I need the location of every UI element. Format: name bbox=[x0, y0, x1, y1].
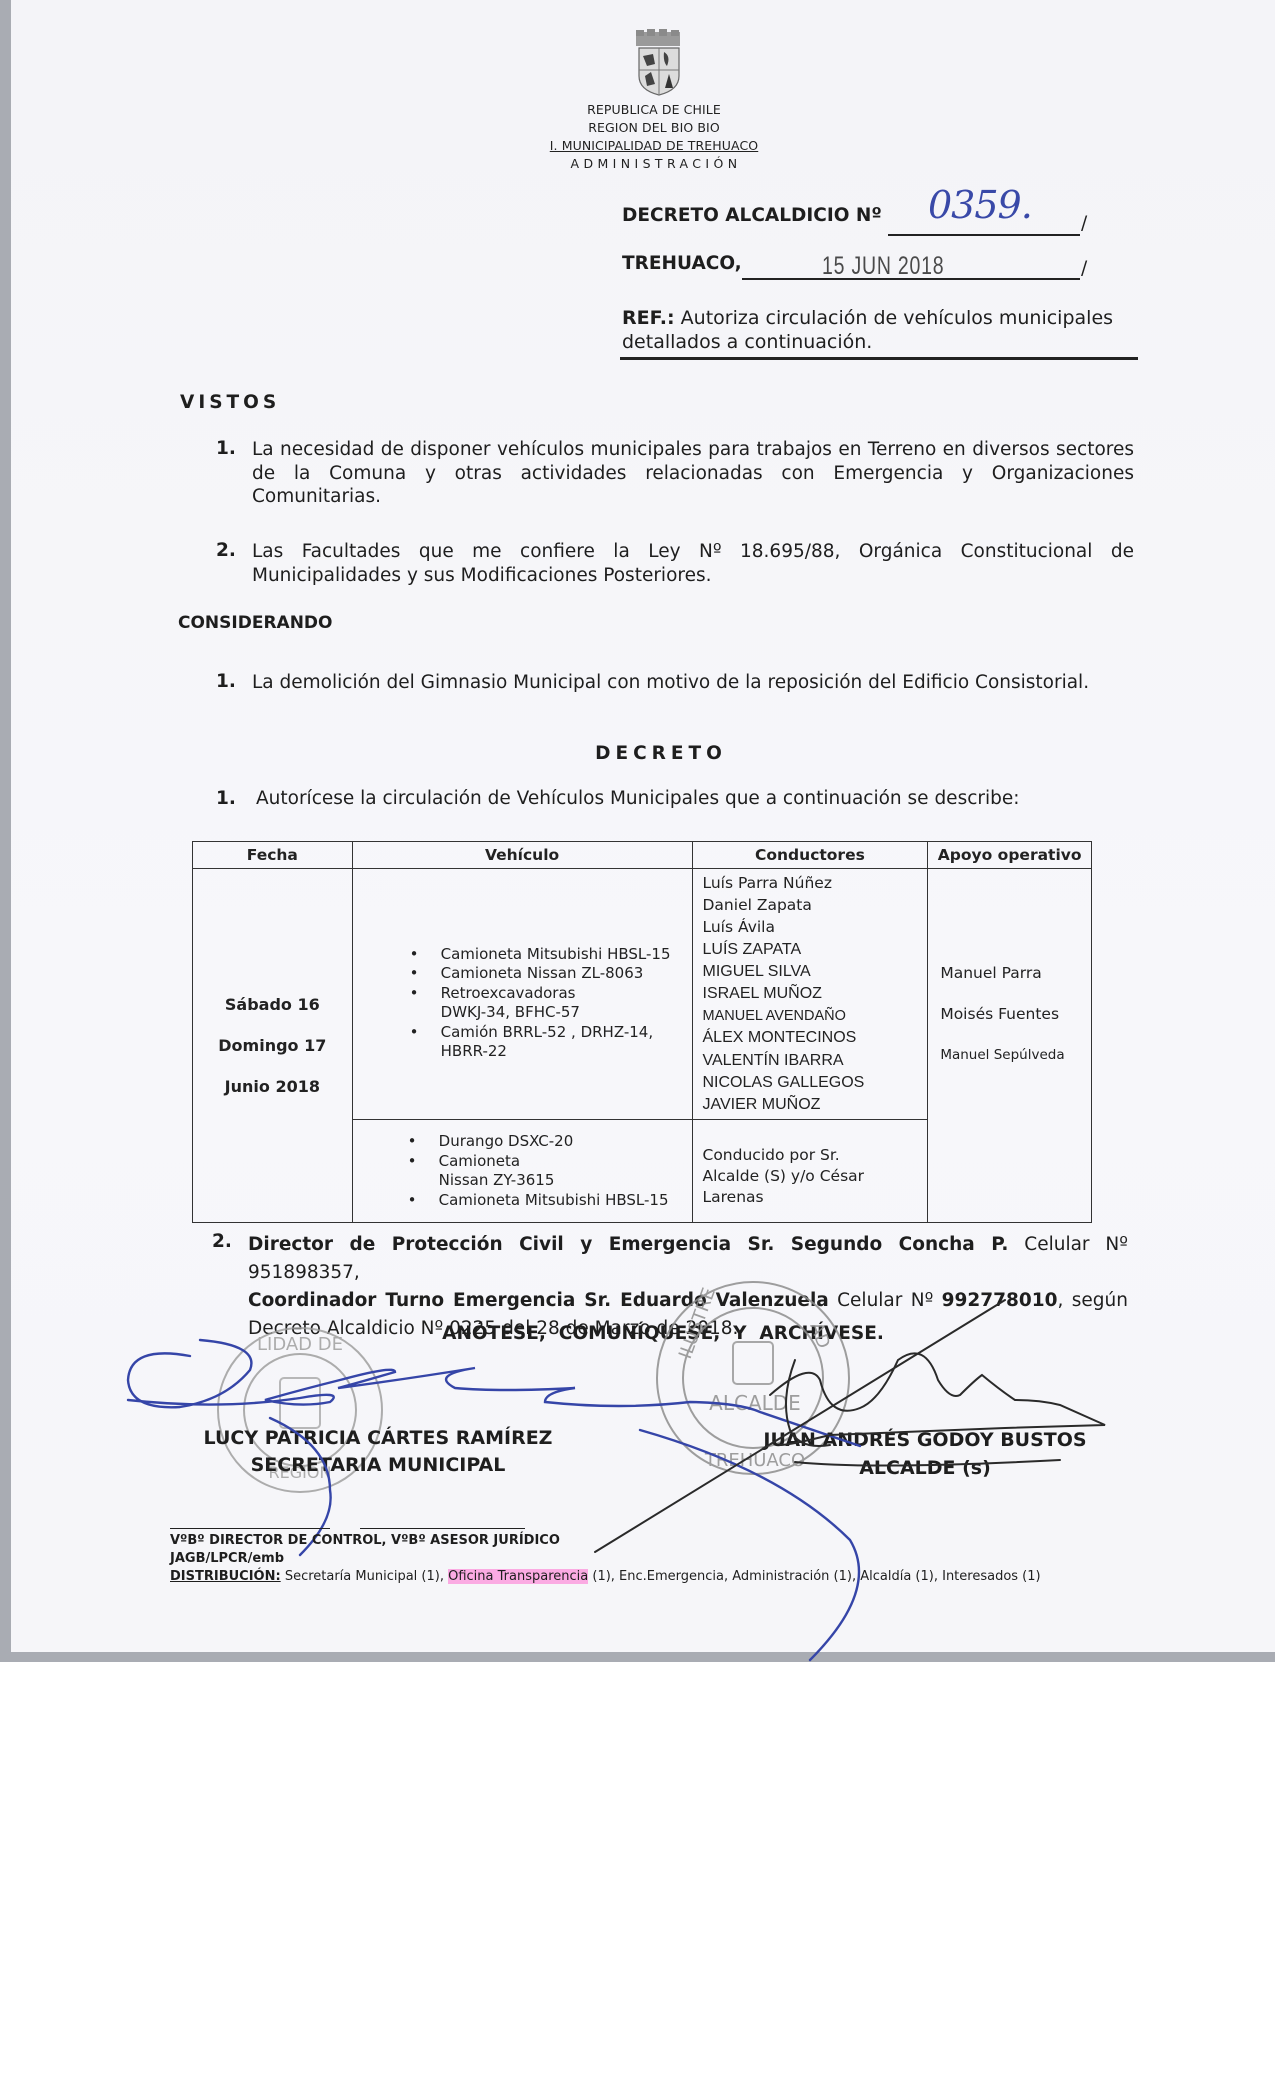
vehicle-list-2: Durango DSXC-20 Camioneta Nissan ZY-3615… bbox=[353, 1132, 692, 1210]
list-item: Camioneta Mitsubishi HBSL-15 bbox=[408, 1191, 692, 1211]
distribution-part-2: (1), Enc.Emergencia, Administración (1),… bbox=[588, 1569, 1040, 1584]
driver-name: JAVIER MUÑOZ bbox=[703, 1094, 928, 1116]
driver-name: MIGUEL SILVA bbox=[703, 961, 928, 983]
decreto-item-2-line-1: Director de Protección Civil y Emergenci… bbox=[248, 1231, 1128, 1287]
date-stamp: 15 JUN 2018 bbox=[822, 252, 944, 281]
closing-formula: ANÓTESE, COMUNÍQUESE, Y ARCHÍVESE. bbox=[442, 1323, 884, 1344]
driver-name: VALENTÍN IBARRA bbox=[703, 1050, 928, 1072]
vehiculos-cell-2: Durango DSXC-20 Camioneta Nissan ZY-3615… bbox=[352, 1120, 692, 1223]
distribution-label: DISTRIBUCIÓN: bbox=[170, 1569, 281, 1584]
left-signatory-title: SECRETARIA MUNICIPAL bbox=[251, 1454, 506, 1476]
protection-director: Director de Protección Civil y Emergenci… bbox=[248, 1234, 1008, 1255]
driver-name: Luís Ávila bbox=[703, 916, 928, 938]
vobo-text: VºBº DIRECTOR DE CONTROL, VºBº ASESOR JU… bbox=[170, 1533, 560, 1548]
column-header-fecha: Fecha bbox=[193, 842, 353, 869]
fecha-day-1: Sábado 16 bbox=[193, 984, 352, 1025]
vobo-line-left bbox=[170, 1528, 330, 1529]
distribution-highlight: Oficina Transparencia bbox=[448, 1569, 588, 1584]
distribution-line: DISTRIBUCIÓN: Secretaría Municipal (1), … bbox=[170, 1569, 1041, 1584]
header-line-country: REPUBLICA DE CHILE bbox=[587, 102, 721, 117]
fecha-month: Junio 2018 bbox=[193, 1066, 352, 1107]
decree-number-label: DECRETO ALCALDICIO Nº bbox=[622, 205, 882, 226]
place-label: TREHUACO, bbox=[622, 253, 742, 274]
driver-name: ISRAEL MUÑOZ bbox=[703, 983, 928, 1005]
decreto-item-1-text: Autorícese la circulación de Vehículos M… bbox=[256, 788, 1019, 809]
apoyo-operativo-cell: Manuel Parra Moisés Fuentes Manuel Sepúl… bbox=[928, 869, 1092, 1223]
support-staff-name: Manuel Sepúlveda bbox=[940, 1035, 1091, 1076]
coordinator-suffix: , según bbox=[1058, 1290, 1128, 1311]
considerando-item-1-number: 1. bbox=[216, 671, 236, 692]
header-line-municipality: I. MUNICIPALIDAD DE TREHUACO bbox=[550, 138, 758, 153]
reference-text: Autoriza circulación de vehículos munici… bbox=[622, 307, 1113, 353]
coordinator-phone: 992778010 bbox=[942, 1290, 1058, 1311]
driver-name: MANUEL AVENDAÑO bbox=[703, 1005, 928, 1027]
section-title-considerando: CONSIDERANDO bbox=[178, 613, 333, 633]
list-item: Durango DSXC-20 bbox=[408, 1132, 692, 1152]
fecha-day-2: Domingo 17 bbox=[193, 1025, 352, 1066]
considerando-item-1-text: La demolición del Gimnasio Municipal con… bbox=[252, 671, 1134, 694]
date-slash: / bbox=[1081, 258, 1087, 279]
vehicle-authorization-table: Fecha Vehículo Conductores Apoyo operati… bbox=[192, 841, 1092, 1223]
vehiculos-cell-1: Camioneta Mitsubishi HBSL-15 Camioneta N… bbox=[352, 869, 692, 1120]
fecha-cell: Sábado 16 Domingo 17 Junio 2018 bbox=[193, 869, 353, 1223]
list-item: Retroexcavadoras DWKJ-34, BFHC-57 bbox=[410, 984, 611, 1023]
driver-name: LUÍS ZAPATA bbox=[703, 939, 928, 961]
list-item: Camioneta Nissan ZY-3615 bbox=[408, 1152, 569, 1191]
list-item: Camioneta Nissan ZL-8063 bbox=[410, 964, 692, 984]
document-page bbox=[11, 0, 1275, 1652]
column-header-conductores: Conductores bbox=[692, 842, 928, 869]
header-line-region: REGION DEL BIO BIO bbox=[588, 120, 720, 135]
distribution-part-1: Secretaría Municipal (1), bbox=[281, 1569, 448, 1584]
list-item: Camión BRRL-52 , DRHZ-14, HBRR-22 bbox=[410, 1023, 661, 1062]
decree-number-underline bbox=[888, 234, 1080, 236]
right-signatory-name: JUAN ANDRÉS GODOY BUSTOS bbox=[763, 1429, 1086, 1451]
support-staff-name: Manuel Parra bbox=[940, 953, 1091, 994]
table-header-row: Fecha Vehículo Conductores Apoyo operati… bbox=[193, 842, 1092, 869]
driver-name: Luís Parra Núñez bbox=[703, 872, 928, 894]
list-item: Camioneta Mitsubishi HBSL-15 bbox=[410, 945, 692, 965]
decreto-item-2-line-2: Coordinador Turno Emergencia Sr. Eduardo… bbox=[248, 1287, 1128, 1315]
conductores-cell-2: Conducido por Sr. Alcalde (S) y/o César … bbox=[692, 1120, 928, 1223]
vistos-item-2-number: 2. bbox=[216, 540, 236, 561]
decree-number-handwritten: 0359. bbox=[928, 183, 1032, 227]
initials: JAGB/LPCR/emb bbox=[170, 1551, 284, 1566]
vehicle-list-1: Camioneta Mitsubishi HBSL-15 Camioneta N… bbox=[353, 927, 692, 1062]
column-header-vehiculo: Vehículo bbox=[352, 842, 692, 869]
vistos-item-1-text: La necesidad de disponer vehículos munic… bbox=[252, 438, 1134, 509]
emergency-coordinator: Coordinador Turno Emergencia Sr. Eduardo… bbox=[248, 1290, 829, 1311]
column-header-apoyo: Apoyo operativo bbox=[928, 842, 1092, 869]
driver-name: ÁLEX MONTECINOS bbox=[703, 1027, 928, 1049]
coordinator-phone-label: Celular Nº bbox=[829, 1290, 942, 1311]
reference-underline bbox=[620, 357, 1138, 360]
driver-name: Daniel Zapata bbox=[703, 894, 928, 916]
driver-note: Conducido por Sr. Alcalde (S) y/o César … bbox=[703, 1145, 893, 1208]
decreto-item-1-number: 1. bbox=[216, 788, 236, 809]
table-row: Sábado 16 Domingo 17 Junio 2018 Camionet… bbox=[193, 869, 1092, 1120]
conductores-cell-1: Luís Parra Núñez Daniel Zapata Luís Ávil… bbox=[692, 869, 928, 1120]
header-line-department: ADMINISTRACIÓN bbox=[571, 156, 742, 171]
decreto-item-2-number: 2. bbox=[212, 1231, 232, 1252]
vistos-item-2-text: Las Facultades que me confiere la Ley Nº… bbox=[252, 540, 1134, 588]
reference-label: REF.: bbox=[622, 307, 675, 329]
vistos-item-1-number: 1. bbox=[216, 438, 236, 459]
support-staff-name: Moisés Fuentes bbox=[940, 994, 1091, 1035]
right-signatory-title: ALCALDE (s) bbox=[859, 1457, 991, 1479]
left-signatory-name: LUCY PATRICIA CÁRTES RAMÍREZ bbox=[204, 1427, 553, 1449]
section-title-vistos: VISTOS bbox=[180, 392, 280, 413]
decree-number-slash: / bbox=[1081, 213, 1087, 234]
driver-name: NICOLAS GALLEGOS bbox=[703, 1072, 928, 1094]
section-title-decreto: DECRETO bbox=[595, 743, 727, 764]
vobo-line-right bbox=[360, 1528, 525, 1529]
reference-block: REF.: Autoriza circulación de vehículos … bbox=[622, 306, 1142, 354]
